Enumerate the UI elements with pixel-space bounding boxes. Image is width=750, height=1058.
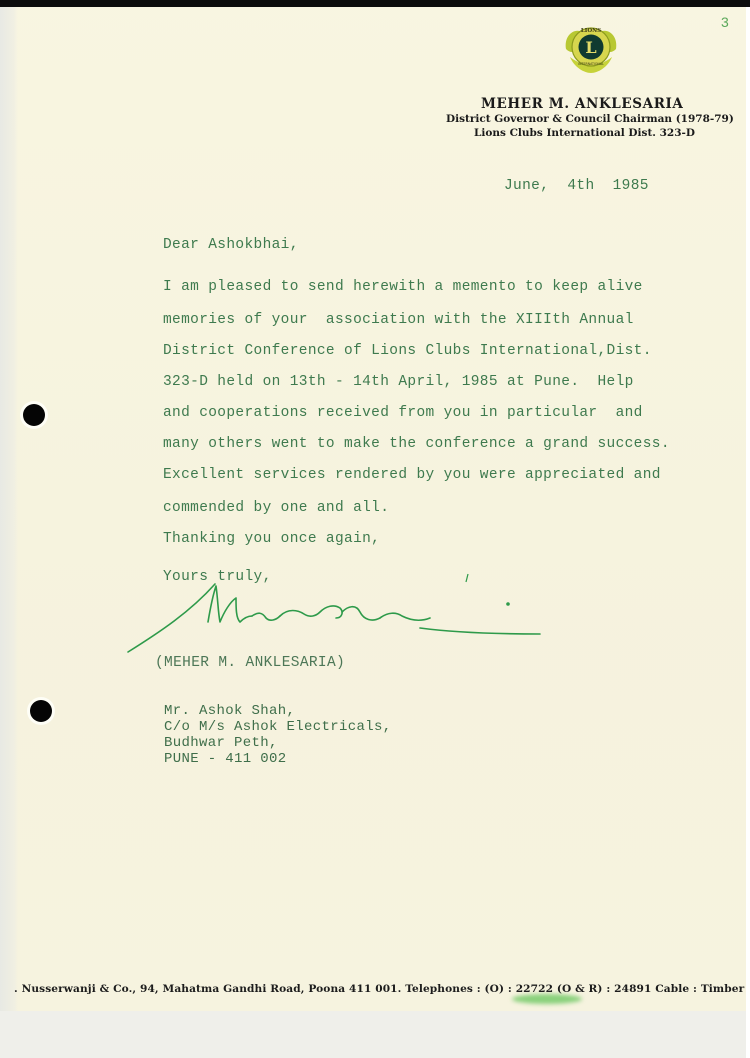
letter-date: June, 4th 1985 [504,178,649,194]
svg-text:L: L [585,38,596,57]
letterhead-title: District Governor & Council Chairman (19… [446,113,734,125]
recipient-address-line: PUNE - 411 002 [164,751,287,768]
body-line: memories of your association with the XI… [163,312,634,328]
ink-smudge [512,994,582,1004]
body-line: and cooperations received from you in pa… [163,405,643,421]
signatory-name: (MEHER M. ANKLESARIA) [155,655,345,671]
letterhead-footer: . Nusserwanji & Co., 94, Mahatma Gandhi … [14,983,744,995]
scan-top-border [0,0,750,7]
page-bottom-margin [0,1011,746,1058]
body-line: I am pleased to send herewith a memento … [163,279,643,295]
handwritten-signature-icon [120,572,560,662]
svg-text:INTERNATIONAL: INTERNATIONAL [578,62,604,66]
binder-hole-top [23,404,45,426]
letterhead-organization: Lions Clubs International Dist. 323-D [474,127,695,139]
body-line: commended by one and all. [163,500,389,516]
lions-emblem-icon: L LIONS INTERNATIONAL [562,19,620,77]
salutation: Dear Ashokbhai, [163,237,299,253]
letterhead-name: MEHER M. ANKLESARIA [481,96,684,112]
body-line: Thanking you once again, [163,531,380,547]
recipient-address-line: Budhwar Peth, [164,735,278,752]
body-line: many others went to make the conference … [163,436,670,452]
body-line: Excellent services rendered by you were … [163,467,661,483]
body-line: 323-D held on 13th - 14th April, 1985 at… [163,374,634,390]
svg-text:LIONS: LIONS [581,28,601,34]
recipient-address-line: Mr. Ashok Shah, [164,703,295,720]
page-number: 3 [721,14,729,30]
body-line: District Conference of Lions Clubs Inter… [163,343,652,359]
recipient-address-line: C/o M/s Ashok Electricals, [164,719,392,736]
binder-hole-bottom [30,700,52,722]
